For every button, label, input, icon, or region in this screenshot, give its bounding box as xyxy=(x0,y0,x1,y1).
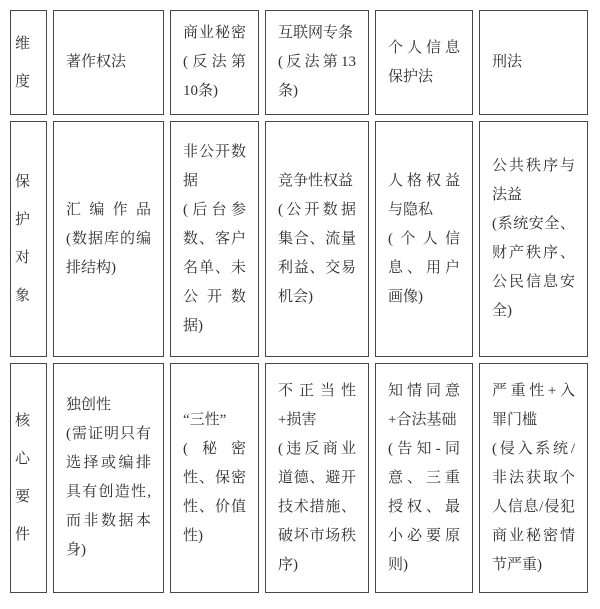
cell-paren-text: (个人信息、用户画像) xyxy=(388,225,460,312)
cell-protected-object-copyright: 汇编作品 (数据库的编排结构) xyxy=(53,121,164,357)
header-row: 维度 著作权法 商业秘密 (反法第10条) 互联网专条 (反法第13条) 个人信… xyxy=(10,10,588,115)
cell-paren-text: (需证明只有选择或编排具有创造性,而非数据本身) xyxy=(66,420,151,565)
cell-header-criminal-law: 刑法 xyxy=(479,10,588,115)
cell-term-text: 知情同意+合法基础 xyxy=(388,377,460,435)
cell-paren-text: (违反商业道德、避开技术措施、破坏市场秩序) xyxy=(278,435,356,580)
cell-header-trade-secret: 商业秘密 (反法第10条) xyxy=(170,10,259,115)
cell-header-copyright-law: 著作权法 xyxy=(53,10,164,115)
cell-term-text: 维度 xyxy=(15,25,42,101)
cell-core-elements-label: 核心要件 xyxy=(10,363,47,593)
cell-paren-text: (告知-同意、三重授权、最小必要原则) xyxy=(388,435,460,580)
cell-protected-object-trade-secret: 非公开数据 (后台参数、客户名单、未公开数据) xyxy=(170,121,259,357)
cell-protected-object-pipl: 人格权益与隐私 (个人信息、用户画像) xyxy=(375,121,473,357)
cell-term-text: 汇编作品 xyxy=(66,196,151,225)
cell-core-elements-criminal-law: 严重性+入罪门槛 (侵入系统/非法获取个人信息/侵犯商业秘密情节严重) xyxy=(479,363,588,593)
cell-term-text: 竞争性权益 xyxy=(278,167,356,196)
cell-paren-text: (秘密性、保密性、价值性) xyxy=(183,435,246,551)
cell-term-text: 独创性 xyxy=(66,391,151,420)
cell-core-elements-copyright: 独创性 (需证明只有选择或编排具有创造性,而非数据本身) xyxy=(53,363,164,593)
cell-paren-text: (公开数据集合、流量利益、交易机会) xyxy=(278,196,356,312)
legal-comparison-table: 维度 著作权法 商业秘密 (反法第10条) 互联网专条 (反法第13条) 个人信… xyxy=(4,4,594,599)
cell-term-text: 不正当性+损害 xyxy=(278,377,356,435)
cell-term-text: 著作权法 xyxy=(66,48,151,77)
cell-header-personal-info-protection-law: 个人信息保护法 xyxy=(375,10,473,115)
cell-core-elements-trade-secret: “三性” (秘密性、保密性、价值性) xyxy=(170,363,259,593)
cell-header-dimension: 维度 xyxy=(10,10,47,115)
cell-paren-text: (系统安全、财产秩序、公民信息安全) xyxy=(492,210,575,326)
cell-protected-object-criminal-law: 公共秩序与法益 (系统安全、财产秩序、公民信息安全) xyxy=(479,121,588,357)
cell-term-text: 非公开数据 xyxy=(183,138,246,196)
cell-term-text: 个人信息保护法 xyxy=(388,34,460,92)
cell-header-internet-special-clause: 互联网专条 (反法第13条) xyxy=(265,10,369,115)
cell-term-text: 保护对象 xyxy=(15,163,42,315)
cell-paren-text: (数据库的编排结构) xyxy=(66,225,151,283)
cell-paren-text: (反法第10条) xyxy=(183,48,246,106)
cell-term-text: 核心要件 xyxy=(15,402,42,554)
core-elements-row: 核心要件 独创性 (需证明只有选择或编排具有创造性,而非数据本身) “三性” (… xyxy=(10,363,588,593)
protected-object-row: 保护对象 汇编作品 (数据库的编排结构) 非公开数据 (后台参数、客户名单、未公… xyxy=(10,121,588,357)
cell-core-elements-pipl: 知情同意+合法基础 (告知-同意、三重授权、最小必要原则) xyxy=(375,363,473,593)
cell-paren-text: (侵入系统/非法获取个人信息/侵犯商业秘密情节严重) xyxy=(492,435,575,580)
cell-paren-text: (反法第13条) xyxy=(278,48,356,106)
cell-term-text: “三性” xyxy=(183,406,246,435)
cell-term-text: 互联网专条 xyxy=(278,19,356,48)
cell-protected-object-label: 保护对象 xyxy=(10,121,47,357)
cell-term-text: 商业秘密 xyxy=(183,19,246,48)
cell-paren-text: (后台参数、客户名单、未公开数据) xyxy=(183,196,246,341)
cell-core-elements-internet-clause: 不正当性+损害 (违反商业道德、避开技术措施、破坏市场秩序) xyxy=(265,363,369,593)
cell-term-text: 人格权益与隐私 xyxy=(388,167,460,225)
cell-term-text: 严重性+入罪门槛 xyxy=(492,377,575,435)
cell-term-text: 刑法 xyxy=(492,48,575,77)
cell-protected-object-internet-clause: 竞争性权益 (公开数据集合、流量利益、交易机会) xyxy=(265,121,369,357)
cell-term-text: 公共秩序与法益 xyxy=(492,152,575,210)
